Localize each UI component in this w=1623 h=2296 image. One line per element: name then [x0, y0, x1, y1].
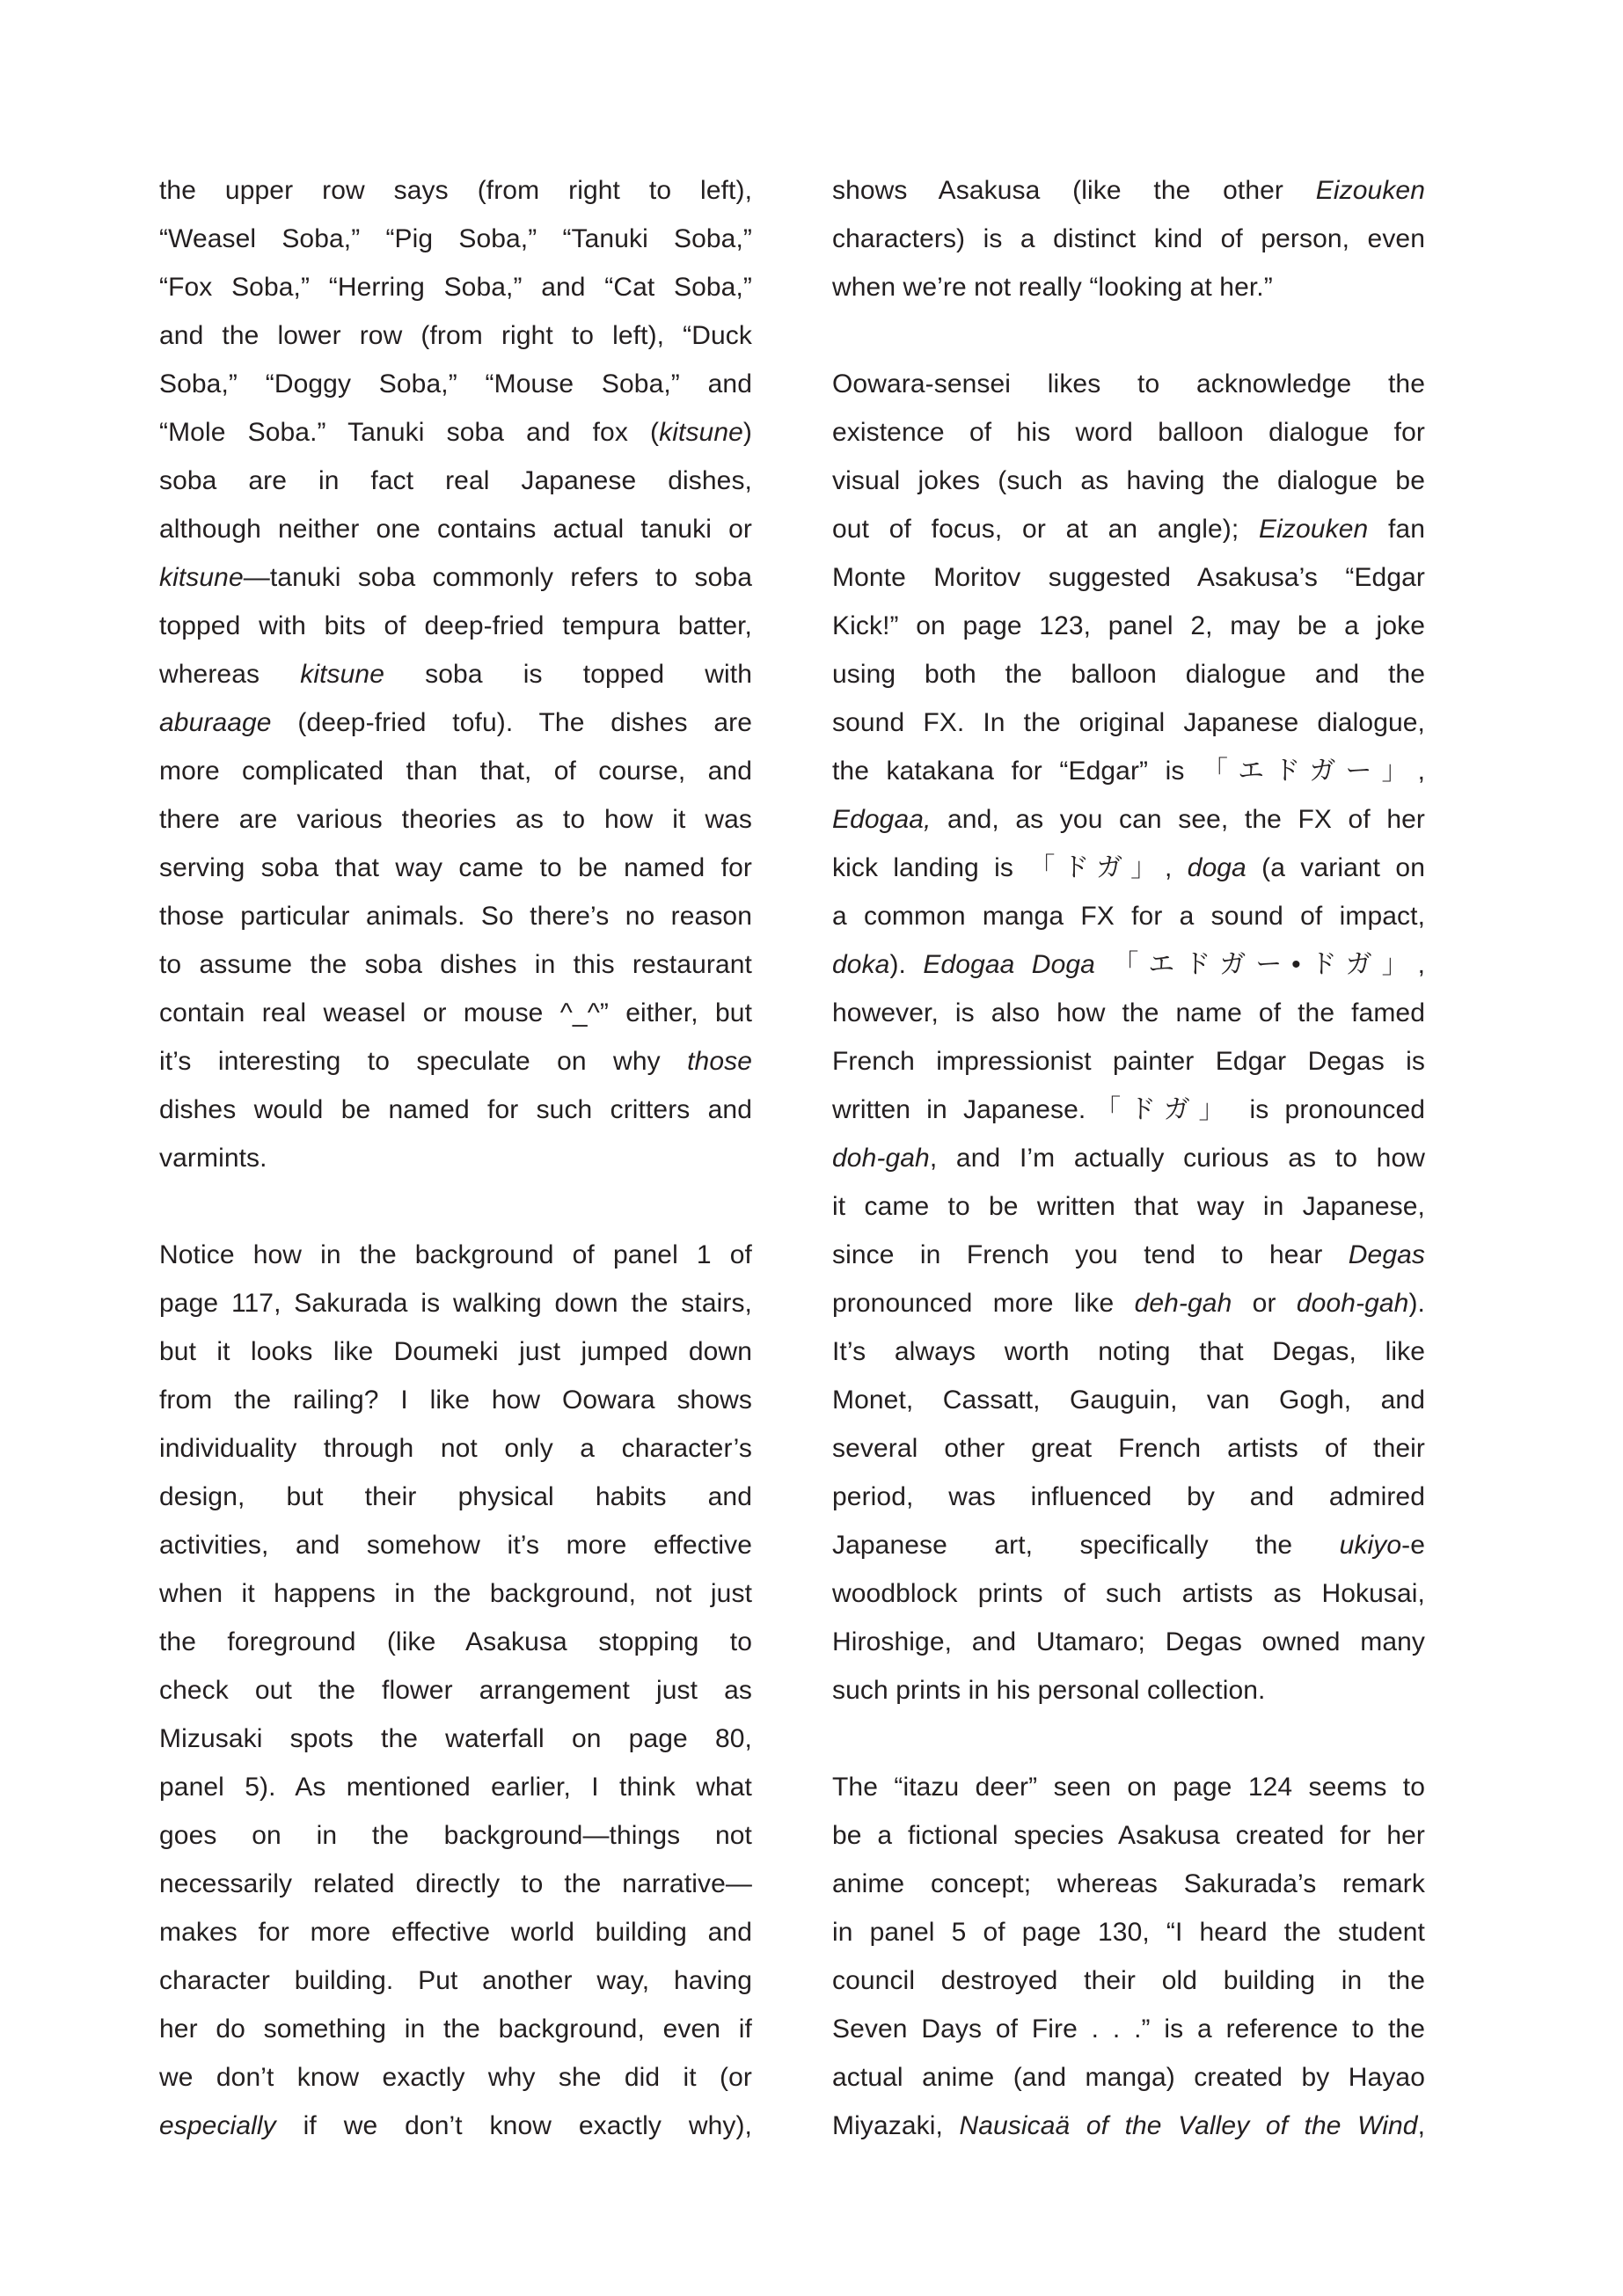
text-line: page 117, Sakurada is walking down the s… [159, 1287, 752, 1335]
text-line: since in French you tend to hear Degas [832, 1239, 1425, 1287]
text-line: from the railing? I like how Oowara show… [159, 1384, 752, 1432]
text-line: using both the balloon dialogue and the [832, 658, 1425, 706]
text-line: topped with bits of deep-fried tempura b… [159, 610, 752, 658]
text-line: kitsune—tanuki soba commonly refers to s… [159, 561, 752, 610]
text-line: design, but their physical habits and [159, 1481, 752, 1529]
text-line: Notice how in the background of panel 1 … [159, 1239, 752, 1287]
text-line: whereas kitsune soba is topped with [159, 658, 752, 706]
text-line: shows Asakusa (like the other Eizouken [832, 174, 1425, 223]
text-line: Hiroshige, and Utamaro; Degas owned many [832, 1626, 1425, 1674]
text-line: actual anime (and manga) created by Haya… [832, 2061, 1425, 2110]
text-line: written in Japanese.「ドガ」 is pronounced [832, 1093, 1425, 1142]
text-line: it’s interesting to speculate on why tho… [159, 1045, 752, 1093]
text-line: period, was influenced by and admired [832, 1481, 1425, 1529]
text-line: out of focus, or at an angle); Eizouken … [832, 513, 1425, 561]
text-line: character building. Put another way, hav… [159, 1964, 752, 2013]
left-text-column: the upper row says (from right to left),… [159, 174, 752, 2158]
text-line: makes for more effective world building … [159, 1916, 752, 1964]
text-line: be a fictional species Asakusa created f… [832, 1819, 1425, 1868]
text-line: when it happens in the background, not j… [159, 1577, 752, 1626]
text-line: visual jokes (such as having the dialogu… [832, 464, 1425, 513]
text-line: the foreground (like Asakusa stopping to [159, 1626, 752, 1674]
text-line: dishes would be named for such critters … [159, 1093, 752, 1142]
text-line: it came to be written that way in Japane… [832, 1190, 1425, 1239]
text-line: such prints in his personal collection. [832, 1674, 1425, 1722]
text-line: kick landing is 「ドガ」, doga (a variant on [832, 852, 1425, 900]
text-line: but it looks like Doumeki just jumped do… [159, 1335, 752, 1384]
text-line: there are various theories as to how it … [159, 803, 752, 852]
text-line: her do something in the background, even… [159, 2013, 752, 2061]
text-line: Kick!” on page 123, panel 2, may be a jo… [832, 610, 1425, 658]
text-line: more complicated than that, of course, a… [159, 755, 752, 803]
text-line: several other great French artists of th… [832, 1432, 1425, 1481]
text-line: Seven Days of Fire . . .” is a reference… [832, 2013, 1425, 2061]
text-line: Oowara-sensei likes to acknowledge the [832, 368, 1425, 416]
text-line: aburaage (deep-fried tofu). The dishes a… [159, 706, 752, 755]
text-line: we don’t know exactly why she did it (or [159, 2061, 752, 2110]
text-line: panel 5). As mentioned earlier, I think … [159, 1771, 752, 1819]
text-line: council destroyed their old building in … [832, 1964, 1425, 2013]
text-line: especially if we don’t know exactly why)… [159, 2110, 752, 2158]
text-line: sound FX. In the original Japanese dialo… [832, 706, 1425, 755]
text-line: however, is also how the name of the fam… [832, 997, 1425, 1045]
text-line: necessarily related directly to the narr… [159, 1868, 752, 1916]
paragraph-break [832, 319, 1425, 368]
text-line: the katakana for “Edgar” is 「エドガー」, [832, 755, 1425, 803]
text-line: Edogaa, and, as you can see, the FX of h… [832, 803, 1425, 852]
text-line: and the lower row (from right to left), … [159, 319, 752, 368]
text-line: The “itazu deer” seen on page 124 seems … [832, 1771, 1425, 1819]
text-line: check out the flower arrangement just as [159, 1674, 752, 1722]
text-line: goes on in the background—things not [159, 1819, 752, 1868]
text-line: characters) is a distinct kind of person… [832, 223, 1425, 271]
text-line: activities, and somehow it’s more effect… [159, 1529, 752, 1577]
text-line: those particular animals. So there’s no … [159, 900, 752, 948]
text-line: Mizusaki spots the waterfall on page 80, [159, 1722, 752, 1771]
paragraph-break [159, 1190, 752, 1239]
right-text-column: shows Asakusa (like the other Eizoukench… [832, 174, 1425, 2158]
text-line: pronounced more like deh-gah or dooh-gah… [832, 1287, 1425, 1335]
text-line: Miyazaki, Nausicaä of the Valley of the … [832, 2110, 1425, 2158]
paragraph-break [832, 1722, 1425, 1771]
text-line: existence of his word balloon dialogue f… [832, 416, 1425, 464]
text-line: a common manga FX for a sound of impact, [832, 900, 1425, 948]
text-line: It’s always worth noting that Degas, lik… [832, 1335, 1425, 1384]
text-line: woodblock prints of such artists as Hoku… [832, 1577, 1425, 1626]
text-line: individuality through not only a charact… [159, 1432, 752, 1481]
text-line: “Mole Soba.” Tanuki soba and fox (kitsun… [159, 416, 752, 464]
text-line: varmints. [159, 1142, 752, 1190]
text-line: soba are in fact real Japanese dishes, [159, 464, 752, 513]
text-line: doka). Edogaa Doga 「エドガー•ドガ」, [832, 948, 1425, 997]
text-line: the upper row says (from right to left), [159, 174, 752, 223]
text-line: contain real weasel or mouse ^_^” either… [159, 997, 752, 1045]
text-line: serving soba that way came to be named f… [159, 852, 752, 900]
text-line: doh-gah, and I’m actually curious as to … [832, 1142, 1425, 1190]
text-line: to assume the soba dishes in this restau… [159, 948, 752, 997]
document-page: the upper row says (from right to left),… [0, 0, 1623, 2296]
text-line: when we’re not really “looking at her.” [832, 271, 1425, 319]
text-line: although neither one contains actual tan… [159, 513, 752, 561]
text-line: anime concept; whereas Sakurada’s remark [832, 1868, 1425, 1916]
text-line: Monte Moritov suggested Asakusa’s “Edgar [832, 561, 1425, 610]
text-line: French impressionist painter Edgar Degas… [832, 1045, 1425, 1093]
text-line: “Fox Soba,” “Herring Soba,” and “Cat Sob… [159, 271, 752, 319]
text-line: Monet, Cassatt, Gauguin, van Gogh, and [832, 1384, 1425, 1432]
text-line: in panel 5 of page 130, “I heard the stu… [832, 1916, 1425, 1964]
text-line: Japanese art, specifically the ukiyo-e [832, 1529, 1425, 1577]
text-line: Soba,” “Doggy Soba,” “Mouse Soba,” and [159, 368, 752, 416]
text-line: “Weasel Soba,” “Pig Soba,” “Tanuki Soba,… [159, 223, 752, 271]
